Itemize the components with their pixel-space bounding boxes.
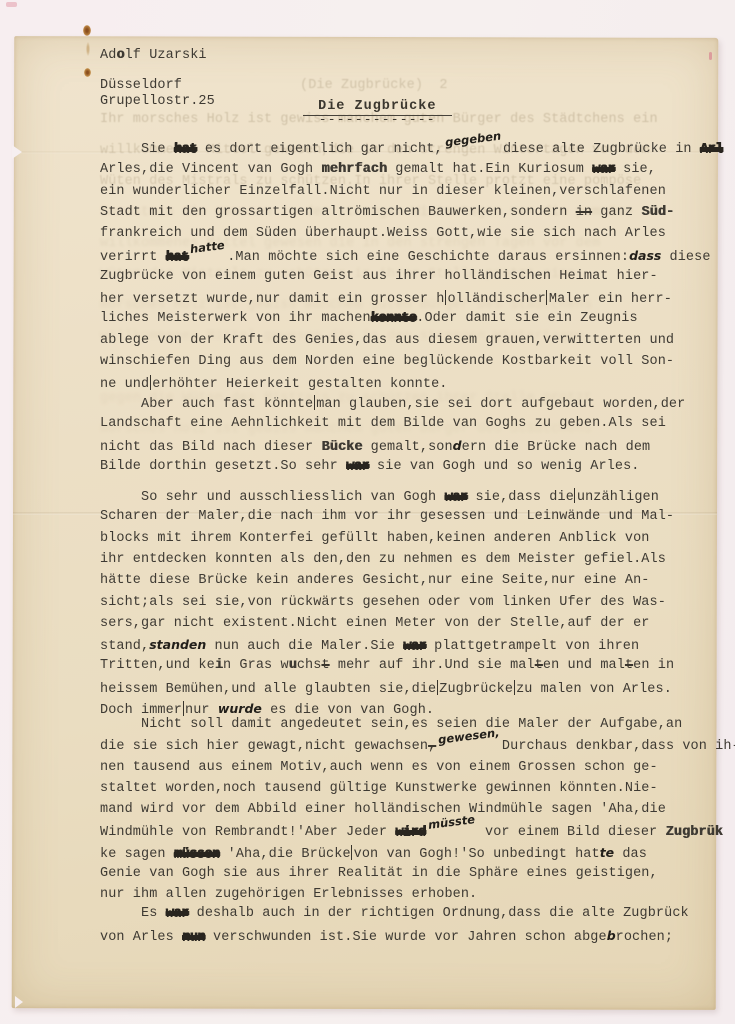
typed-text: hätte diese Brücke kein anderes Gesicht,… bbox=[100, 573, 650, 588]
typed-text: ern die Brücke nach dem bbox=[462, 440, 651, 455]
typed-text: frankreich und dem Süden überhaupt.Weiss… bbox=[100, 226, 666, 241]
typed-line: von Arles nun verschwunden ist.Sie wurde… bbox=[100, 928, 673, 945]
struck-letter: in bbox=[576, 205, 592, 220]
typed-text: nun auch die Maler.Sie bbox=[206, 639, 403, 654]
overtyped-text: u bbox=[289, 658, 297, 673]
typed-line: Sie hat es dort eigentlich gar nicht,geg… bbox=[100, 141, 723, 157]
typed-line: stand,standen nun auch die Maler.Sie war… bbox=[100, 637, 639, 654]
typed-text: rochen; bbox=[616, 930, 673, 945]
typed-text: plattgetrampelt von ihren bbox=[426, 639, 639, 654]
typed-text: .Oder damit sie ein Zeugnis bbox=[416, 311, 637, 326]
typed-line: Adolf Uzarski bbox=[100, 48, 207, 63]
typed-text: Landschaft eine Aehnlichkeit mit dem Bil… bbox=[100, 416, 666, 431]
typed-line: Düsseldorf bbox=[100, 78, 182, 93]
typed-text: gemalt,son bbox=[362, 440, 452, 455]
overtyped-text: mehrfach bbox=[321, 162, 387, 177]
typed-line: heissem Bemühen,und alle glaubten sie,di… bbox=[100, 680, 672, 697]
struck-out-word: war bbox=[592, 162, 615, 177]
typed-line: So sehr und ausschliesslich van Gogh war… bbox=[100, 488, 659, 505]
typed-text: Zugbrücke von einem guten Geist aus ihre… bbox=[100, 269, 658, 284]
typed-text: sie,dass die bbox=[467, 490, 574, 505]
typed-text: Es bbox=[100, 906, 166, 921]
typed-line: Scharen der Maler,die nach ihm vor ihr g… bbox=[100, 509, 674, 524]
typed-line: Es war deshalb auch in der richtigen Ord… bbox=[100, 906, 689, 921]
typed-text: Genie van Gogh sie aus ihrer Realität in… bbox=[100, 866, 658, 881]
typed-text: Scharen der Maler,die nach ihm vor ihr g… bbox=[100, 509, 674, 524]
typed-text: Sie bbox=[100, 142, 174, 157]
typed-line: nur ihm allen zugehörigen Erlebnisses er… bbox=[100, 887, 477, 902]
handwritten-insertion: gegeben bbox=[444, 129, 502, 151]
typed-text: Durchaus denkbar,dass von ih- bbox=[502, 739, 735, 754]
typed-text: heissem Bemühen,und alle glaubten sie,di… bbox=[100, 682, 436, 697]
typed-text: n Gras w bbox=[223, 658, 289, 673]
typed-text: sie, bbox=[615, 162, 656, 177]
typed-text: Düsseldorf bbox=[100, 78, 182, 93]
typed-line: Stadt mit den grossartigen altrömischen … bbox=[100, 205, 674, 220]
typed-text: .Man möchte sich eine Geschichte daraus … bbox=[227, 250, 629, 265]
struck-out-word: konnte bbox=[371, 311, 417, 326]
handwritten-correction: wurde bbox=[218, 701, 262, 716]
typed-text: sicht;als sei sie,von rückwärts gesehen … bbox=[100, 595, 666, 610]
struck-letter: t bbox=[321, 658, 329, 673]
typed-line: liches Meisterwerk von ihr machenkonnte.… bbox=[100, 311, 638, 326]
typed-text: Arles,die Vincent van Gogh bbox=[100, 162, 321, 177]
typed-line: nen tausend aus einem Motiv,auch wenn es… bbox=[100, 760, 658, 775]
overtyped-text: Süd- bbox=[641, 205, 674, 220]
typed-text: So sehr und ausschliesslich van Gogh bbox=[100, 490, 444, 505]
title-underline-dashes: ------------- bbox=[303, 117, 452, 123]
typed-line: Aber auch fast könnteman glauben,sie sei… bbox=[100, 395, 685, 412]
typed-text: diese alte Zugbrücke in bbox=[503, 142, 700, 157]
typed-line: Windmühle von Rembrandt!'Aber Jeder wird… bbox=[100, 824, 723, 840]
typed-text: winschiefen Ding aus dem Norden eine beg… bbox=[100, 354, 674, 369]
typed-text: stand, bbox=[100, 639, 149, 654]
typed-text: blocks mit ihrem Konterfei gefüllt haben… bbox=[100, 531, 650, 546]
typed-text: Zugbrücke bbox=[439, 682, 513, 697]
typed-text: man glauben,sie sei dort aufgebaut worde… bbox=[316, 397, 685, 412]
scanned-typescript-page: { "document": { "kind": "typewritten man… bbox=[0, 0, 735, 1024]
typed-line: Nicht soll damit angedeutet sein,es seie… bbox=[100, 717, 682, 732]
typed-text: en in bbox=[633, 658, 674, 673]
typed-line: Landschaft eine Aehnlichkeit mit dem Bil… bbox=[100, 416, 666, 431]
struck-out-word: Arl bbox=[700, 142, 723, 157]
typed-line: mand wird vor dem Abbild einer holländis… bbox=[100, 802, 666, 817]
typed-text: mand wird vor dem Abbild einer holländis… bbox=[100, 802, 666, 817]
typed-text: nicht das Bild nach dieser bbox=[100, 440, 321, 455]
typed-text: es dort eigentlich gar nicht, bbox=[197, 142, 443, 157]
handwritten-correction: d bbox=[453, 438, 462, 453]
typed-text: ganz bbox=[592, 205, 641, 220]
typed-line: Zugbrücke von einem guten Geist aus ihre… bbox=[100, 269, 658, 284]
typed-text: es die von van Gogh. bbox=[262, 703, 434, 718]
struck-out-word: war bbox=[166, 906, 189, 921]
typed-line: Grupellostr.25 bbox=[100, 94, 215, 109]
struck-out-word: war bbox=[346, 459, 369, 474]
typed-line: Bilde dorthin gesetzt.So sehr war sie va… bbox=[100, 459, 640, 474]
struck-out-word: müssen bbox=[174, 847, 220, 862]
typed-text: Windmühle von Rembrandt!'Aber Jeder bbox=[100, 825, 395, 840]
typed-text: sie van Gogh und so wenig Arles. bbox=[369, 459, 640, 474]
typed-text: ne und bbox=[100, 377, 149, 392]
document-title: Die Zugbrücke ------------- bbox=[303, 99, 452, 123]
typed-text: nur bbox=[185, 703, 218, 718]
typed-line: verirrt hathatte.Man möchte sich eine Ge… bbox=[100, 248, 711, 265]
struck-letter: t bbox=[625, 658, 633, 673]
struck-letter: , bbox=[428, 739, 436, 754]
overtyped-text: o bbox=[116, 48, 124, 63]
typed-text: Bilde dorthin gesetzt.So sehr bbox=[100, 459, 346, 474]
typed-text: her versetzt wurde,nur damit ein grosser… bbox=[100, 292, 444, 307]
typed-text: staltet worden,noch tausend gültige Kuns… bbox=[100, 781, 658, 796]
typed-text: sers,gar nicht existent.Nicht einen Mete… bbox=[100, 616, 650, 631]
typed-line: ke sagen müssen 'Aha,die Brückevon van G… bbox=[100, 845, 647, 862]
typed-text: von van Gogh!'So unbedingt hat bbox=[354, 847, 600, 862]
handwritten-correction: standen bbox=[149, 637, 206, 652]
struck-out-word: wird bbox=[395, 825, 425, 840]
typed-text: deshalb auch in der richtigen Ordnung,da… bbox=[188, 906, 688, 921]
typed-text: die sie sich hier gewagt,nicht gewachsen bbox=[100, 739, 428, 754]
typed-text: ein wunderlicher Einzelfall.Nicht nur in… bbox=[100, 184, 666, 199]
handwritten-correction: dass bbox=[629, 248, 661, 263]
typed-text: unzähligen bbox=[577, 490, 659, 505]
typed-text-layer: (Die Zugbrücke) 2Ihr morsches Holz ist g… bbox=[0, 0, 735, 1024]
typed-line: staltet worden,noch tausend gültige Kuns… bbox=[100, 781, 658, 796]
typed-text: Aber auch fast könnte bbox=[100, 397, 313, 412]
typed-text: ihr entdecken konnten als den,den zu neh… bbox=[100, 552, 666, 567]
typed-text: ablege von der Kraft des Genies,das aus … bbox=[100, 333, 674, 348]
typed-line: ein wunderlicher Einzelfall.Nicht nur in… bbox=[100, 184, 666, 199]
typed-text: ke sagen bbox=[100, 847, 174, 862]
typed-line: Arles,die Vincent van Gogh mehrfach gema… bbox=[100, 162, 656, 177]
typed-text: en und mal bbox=[543, 658, 625, 673]
handwritten-correction: te bbox=[600, 845, 614, 860]
typed-text: verschwunden ist.Sie wurde vor Jahren sc… bbox=[205, 930, 607, 945]
struck-out-word: hat bbox=[166, 250, 189, 265]
typed-line: her versetzt wurde,nur damit ein grosser… bbox=[100, 290, 672, 307]
typed-text: Doch immer bbox=[100, 703, 182, 718]
struck-out-word: nun bbox=[182, 930, 205, 945]
typed-text: von Arles bbox=[100, 930, 182, 945]
typed-text: zu malen von Arles. bbox=[516, 682, 672, 697]
overtyped-text: Bücke bbox=[321, 440, 362, 455]
typed-line: ne underhöhter Heierkeit gestalten konnt… bbox=[100, 375, 447, 392]
struck-out-word: hat bbox=[174, 142, 197, 157]
typed-text: Tritten,und ke bbox=[100, 658, 215, 673]
typed-text: mehr auf ihr.Und sie mal bbox=[330, 658, 535, 673]
struck-letter: t bbox=[535, 658, 543, 673]
typed-line: winschiefen Ding aus dem Norden eine beg… bbox=[100, 354, 674, 369]
overtyped-text: Zugbrük bbox=[665, 825, 722, 840]
typed-text: diese bbox=[661, 250, 710, 265]
typed-text: Maler ein herr- bbox=[549, 292, 672, 307]
typed-text: olländischer bbox=[447, 292, 545, 307]
typed-line: Genie van Gogh sie aus ihrer Realität in… bbox=[100, 866, 658, 881]
typed-line: hätte diese Brücke kein anderes Gesicht,… bbox=[100, 573, 650, 588]
typed-line: sers,gar nicht existent.Nicht einen Mete… bbox=[100, 616, 650, 631]
typed-text: Grupellostr.25 bbox=[100, 94, 215, 109]
typed-line: Tritten,und kein Gras wuchst mehr auf ih… bbox=[100, 658, 674, 673]
typed-text: liches Meisterwerk von ihr machen bbox=[100, 311, 371, 326]
typed-line: frankreich und dem Süden überhaupt.Weiss… bbox=[100, 226, 666, 241]
typed-text: nur ihm allen zugehörigen Erlebnisses er… bbox=[100, 887, 477, 902]
typed-text: verirrt bbox=[100, 250, 166, 265]
typed-line: ihr entdecken konnten als den,den zu neh… bbox=[100, 552, 666, 567]
typed-line: nicht das Bild nach dieser Bücke gemalt,… bbox=[100, 438, 650, 455]
typed-text: 'Aha,die Brücke bbox=[219, 847, 350, 862]
ghost-bleedthrough-line: (Die Zugbrücke) 2 bbox=[300, 78, 448, 93]
overtyped-text: i bbox=[215, 658, 223, 673]
typed-text: chs bbox=[297, 658, 322, 673]
typed-text: Stadt mit den grossartigen altrömischen … bbox=[100, 205, 576, 220]
typed-line: sicht;als sei sie,von rückwärts gesehen … bbox=[100, 595, 666, 610]
handwritten-correction: b bbox=[607, 928, 616, 943]
typed-text: das bbox=[614, 847, 647, 862]
typed-text: nen tausend aus einem Motiv,auch wenn es… bbox=[100, 760, 658, 775]
typed-text: gemalt hat.Ein Kuriosum bbox=[387, 162, 592, 177]
typed-line: blocks mit ihrem Konterfei gefüllt haben… bbox=[100, 531, 650, 546]
typed-text: erhöhter Heierkeit gestalten konnte. bbox=[152, 377, 447, 392]
struck-out-word: war bbox=[444, 490, 467, 505]
typed-text: Ad bbox=[100, 48, 116, 63]
struck-out-word: war bbox=[403, 639, 426, 654]
typed-text: Nicht soll damit angedeutet sein,es seie… bbox=[100, 717, 682, 732]
typed-line: ablege von der Kraft des Genies,das aus … bbox=[100, 333, 674, 348]
typed-line: die sie sich hier gewagt,nicht gewachsen… bbox=[100, 738, 735, 754]
typed-text: lf Uzarski bbox=[125, 48, 207, 63]
typed-line: Doch immernur wurde es die von van Gogh. bbox=[100, 701, 434, 718]
typed-text: vor einem Bild dieser bbox=[477, 825, 666, 840]
